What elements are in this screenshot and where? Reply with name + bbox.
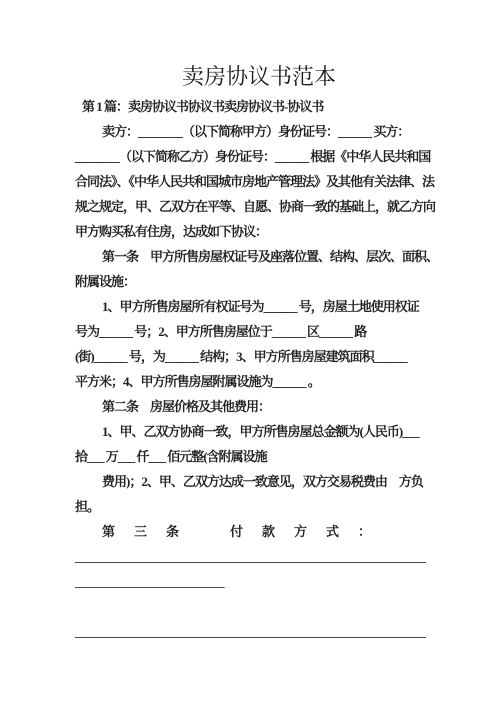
doc-line-article-3: 第三条 付款方式： <box>75 519 423 544</box>
doc-line: 号为______ 号；2、甲方所售房屋位于______ 区______ 路 <box>75 319 423 344</box>
doc-line: 担。 <box>75 494 423 519</box>
doc-line-heading-part1: 第 1 篇：卖房协议书协议书卖房协议书-协议书 <box>75 94 423 119</box>
doc-line-article-1: 第一条 甲方所售房屋权证号及座落位置、结构、层次、面积、 <box>75 244 423 269</box>
doc-line-tax-clause: 费用)；2、甲、乙双方达成一致意见，双方交易税费由 方负 <box>75 469 423 494</box>
document-title: 卖房协议书范本 <box>75 60 423 94</box>
doc-line-article-2: 第二条 房屋价格及其他费用： <box>75 394 423 419</box>
fill-in-blank-line: ________________________________________… <box>75 544 423 569</box>
doc-line: 平方米；4、甲方所售房屋附属设施为______ 。 <box>75 369 423 394</box>
doc-line: 甲方购买私有住房，达成如下协议： <box>75 219 423 244</box>
doc-line-price-clause: 1、甲、乙双方协商一致，甲方所售房屋总金额为(人民币)___ <box>75 419 423 444</box>
blank-spacer-line <box>75 594 423 619</box>
doc-line: ________（以下简称乙方）身份证号：______ 根据《中华人民共和国 <box>75 144 423 169</box>
doc-line: 合同法》、《中华人民共和国城市房地产管理法》及其他有关法律、法 <box>75 169 423 194</box>
fill-in-blank-line: ________________________________________… <box>75 619 423 644</box>
doc-line: 拾___ 万___ 仟___ 佰元整(含附属设施 <box>75 444 423 469</box>
fill-in-blank-line: _______________________ <box>75 569 423 594</box>
doc-line-clause-1: 1、甲方所售房屋所有权证号为______ 号，房屋土地使用权证 <box>75 294 423 319</box>
doc-line: 规之规定，甲、乙双方在平等、自愿、协商一致的基础上，就乙方向 <box>75 194 423 219</box>
doc-line: 附属设施： <box>75 269 423 294</box>
document-page: 卖房协议书范本 第 1 篇：卖房协议书协议书卖房协议书-协议书 卖方：_____… <box>0 0 500 707</box>
doc-line: (街)______ 号，为______ 结构；3、甲方所售房屋建筑面积_____… <box>75 344 423 369</box>
doc-line-seller-buyer: 卖方：________（以下简称甲方）身份证号：______ 买方： <box>75 119 423 144</box>
